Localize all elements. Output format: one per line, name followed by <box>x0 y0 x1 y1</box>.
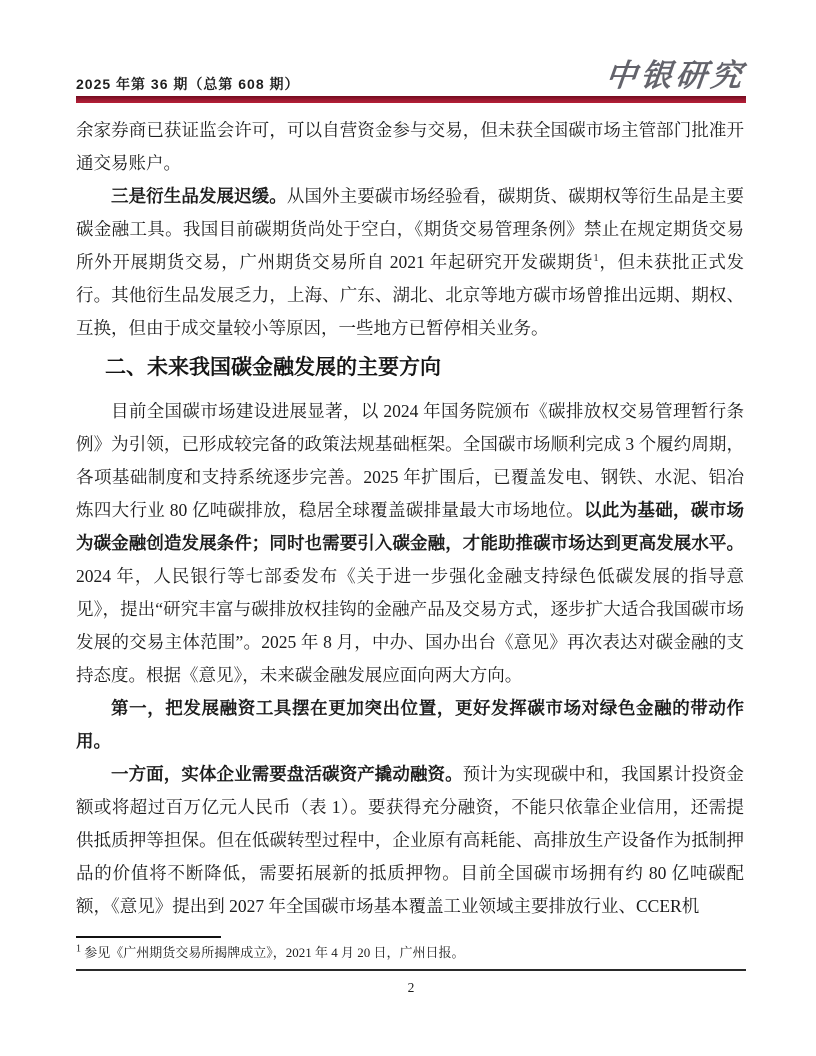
paragraph-lead-bold: 一方面，实体企业需要盘活碳资产撬动融资。 <box>111 764 463 784</box>
paragraph-text: 2024 年，人民银行等七部委发布《关于进一步强化金融支持绿色低碳发展的指导意见… <box>76 566 744 685</box>
footnote-number: 1 <box>76 944 81 955</box>
page-number: 2 <box>76 980 746 996</box>
footer-rule <box>76 969 746 971</box>
paragraph-market-progress: 目前全国碳市场建设进展显著，以 2024 年国务院颁布《碳排放权交易管理暂行条例… <box>76 395 744 692</box>
paragraph-text: 预计为实现碳中和，我国累计投资金额或将超过百万亿元人民币（表 1）。要获得充分融… <box>76 764 744 916</box>
paragraph-one-aspect: 一方面，实体企业需要盘活碳资产撬动融资。预计为实现碳中和，我国累计投资金额或将超… <box>76 758 744 923</box>
paragraph-derivatives: 三是衍生品发展迟缓。从国外主要碳市场经验看，碳期货、碳期权等衍生品是主要碳金融工… <box>76 180 744 345</box>
paragraph-text: 余家券商已获证监会许可，可以自营资金参与交易，但未获全国碳市场主管部门批准开通交… <box>76 120 744 173</box>
paragraph-first-point: 第一，把发展融资工具摆在更加突出位置，更好发挥碳市场对绿色金融的带动作用。 <box>76 692 744 758</box>
footnote-text: 参见《广州期货交易所揭牌成立》，2021 年 4 月 20 日，广州日报。 <box>84 945 464 960</box>
page-footer: 1 参见《广州期货交易所揭牌成立》，2021 年 4 月 20 日，广州日报。 … <box>76 936 746 996</box>
footnote-separator-rule <box>76 936 221 938</box>
document-body: 余家券商已获证监会许可，可以自营资金参与交易，但未获全国碳市场主管部门批准开通交… <box>76 114 744 923</box>
section-heading: 二、未来我国碳金融发展的主要方向 <box>76 353 744 383</box>
paragraph-text: 第一，把发展融资工具摆在更加突出位置，更好发挥碳市场对绿色金融的带动作用。 <box>76 698 744 751</box>
document-page: 2025 年第 36 期（总第 608 期） 中银研究 余家券商已获证监会许可，… <box>0 0 816 1056</box>
paragraph-lead-bold: 三是衍生品发展迟缓。 <box>111 186 287 206</box>
header-rule <box>76 96 746 103</box>
footnote: 1 参见《广州期货交易所揭牌成立》，2021 年 4 月 20 日，广州日报。 <box>76 943 746 963</box>
paragraph-continuation: 余家券商已获证监会许可，可以自营资金参与交易，但未获全国碳市场主管部门批准开通交… <box>76 114 744 180</box>
issue-number: 2025 年第 36 期（总第 608 期） <box>76 74 300 94</box>
masthead-logo: 中银研究 <box>604 50 749 95</box>
